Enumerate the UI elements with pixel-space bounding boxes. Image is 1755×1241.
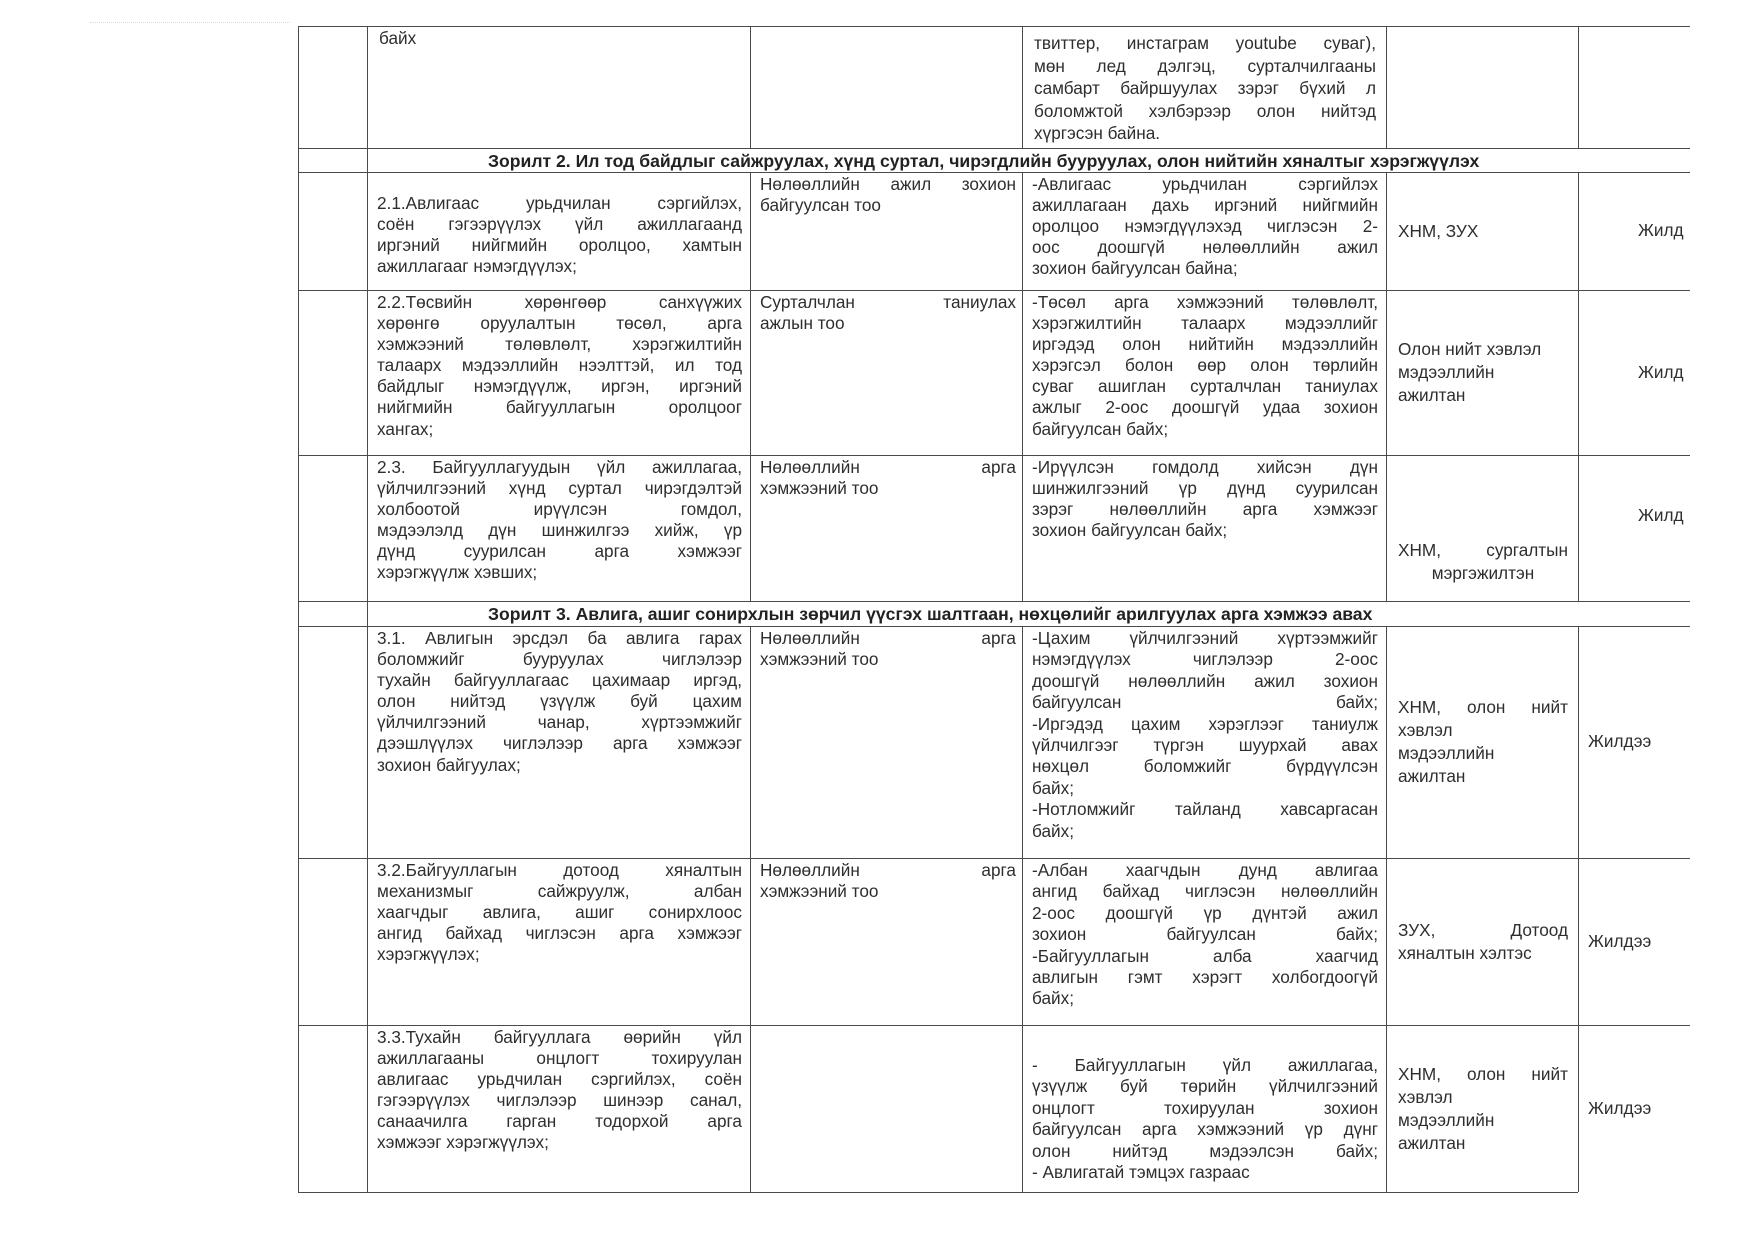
deadline-cell: Жилдээ bbox=[1588, 1098, 1651, 1119]
task-cell: 3.3.Тухайн байгууллага өөрийн үйлажиллаг… bbox=[377, 1027, 742, 1154]
deadline-cell: Жилд bbox=[1638, 220, 1690, 241]
table-border bbox=[1578, 26, 1579, 148]
responsible-cell: ХНМ, олон нийтхэвлэлмэдээллийнажилтан bbox=[1398, 1063, 1568, 1155]
responsible-cell: ХНМ, ЗУХ bbox=[1398, 220, 1568, 243]
table-border bbox=[298, 626, 1690, 627]
table-border bbox=[750, 626, 751, 1192]
table-border bbox=[1022, 626, 1023, 1192]
table-border bbox=[298, 858, 1690, 859]
task-cell: 2.1.Авлигаас урьдчилан сэргийлэх,соён гэ… bbox=[377, 193, 742, 277]
table-border bbox=[1578, 172, 1579, 601]
output-cell: -Төсөл арга хэмжээний төлөвлөлт,хэрэгжил… bbox=[1032, 292, 1378, 440]
table-border bbox=[750, 26, 751, 148]
task-cell: 2.2.Төсвийн хөрөнгөөр санхүүжиххөрөнгө о… bbox=[377, 292, 742, 440]
table-bottom-border bbox=[298, 1192, 1578, 1193]
indicator-cell: Нөлөөллийн аргахэмжээний тоо bbox=[760, 457, 1016, 499]
output-cell: -Авлигаас урьдчилан сэргийлэхажиллагаан … bbox=[1032, 174, 1378, 279]
output-cell: -Албан хаагчдын дунд авлигааангид байхад… bbox=[1032, 860, 1378, 1010]
output-cell: -Ирүүлсэн гомдолд хийсэн дүншинжилгээний… bbox=[1032, 457, 1378, 541]
task-cell-continued: байх bbox=[379, 28, 679, 49]
table-border bbox=[1578, 626, 1579, 1192]
table-left-border bbox=[298, 26, 299, 1192]
indicator-cell: Нөлөөллийн аргахэмжээний тоо bbox=[760, 628, 1016, 670]
table-border bbox=[1386, 172, 1387, 601]
table-border bbox=[298, 455, 1690, 456]
table-border bbox=[750, 172, 751, 601]
scanned-page: байхтвиттер, инстаграм youtube суваг),мө… bbox=[0, 0, 1755, 1241]
table-border bbox=[1386, 26, 1387, 148]
responsible-cell: ЗУХ, Дотоодхяналтын хэлтэс bbox=[1398, 919, 1568, 965]
table-border bbox=[1022, 26, 1023, 148]
deadline-cell: Жилд bbox=[1638, 362, 1690, 383]
responsible-cell: ХНМ, сургалтынмэргэжилтэн bbox=[1398, 539, 1568, 585]
task-cell: 2.3. Байгууллагуудын үйл ажиллагаа,үйлчи… bbox=[377, 457, 742, 584]
goal-heading: Зорилт 3. Авлига, ашиг сонирхлын зөрчил … bbox=[488, 603, 1690, 625]
task-cell: 3.1. Авлигын эрсдэл ба авлига гарахболом… bbox=[377, 628, 742, 776]
goal-heading: Зорилт 2. Ил тод байдлыг сайжруулах, хүн… bbox=[488, 150, 1690, 172]
table-border bbox=[1022, 172, 1023, 601]
indicator-cell: Нөлөөллийн ажил зохионбайгуулсан тоо bbox=[760, 174, 1016, 216]
table-border bbox=[298, 290, 1690, 291]
table-border bbox=[367, 26, 368, 1192]
deadline-cell: Жилд bbox=[1638, 505, 1690, 526]
table-border bbox=[298, 601, 1690, 602]
output-cell-continued: твиттер, инстаграм youtube суваг),мөн ле… bbox=[1034, 32, 1376, 145]
responsible-cell: ХНМ, олон нийтхэвлэлмэдээллийнажилтан bbox=[1398, 696, 1568, 788]
task-cell: 3.2.Байгууллагын дотоод хяналтынмеханизм… bbox=[377, 860, 742, 965]
table-border bbox=[298, 148, 1690, 149]
scan-artifact bbox=[90, 22, 290, 25]
table-border bbox=[1386, 626, 1387, 1192]
indicator-cell: Нөлөөллийн аргахэмжээний тоо bbox=[760, 860, 1016, 902]
output-cell: - Байгууллагын үйл ажиллагаа,үзүүлж буй … bbox=[1032, 1055, 1378, 1183]
table-border bbox=[298, 1025, 1690, 1026]
indicator-cell: Сурталчлан таниулахажлын тоо bbox=[760, 292, 1016, 334]
deadline-cell: Жилдээ bbox=[1588, 931, 1651, 952]
deadline-cell: Жилдээ bbox=[1588, 731, 1651, 752]
responsible-cell: Олон нийт хэвлэлмэдээллийнажилтан bbox=[1398, 338, 1568, 407]
table-top-border bbox=[298, 26, 1690, 27]
table-border bbox=[298, 172, 1690, 173]
output-cell: -Цахим үйлчилгээний хүртээмжийгнэмэгдүүл… bbox=[1032, 628, 1378, 842]
